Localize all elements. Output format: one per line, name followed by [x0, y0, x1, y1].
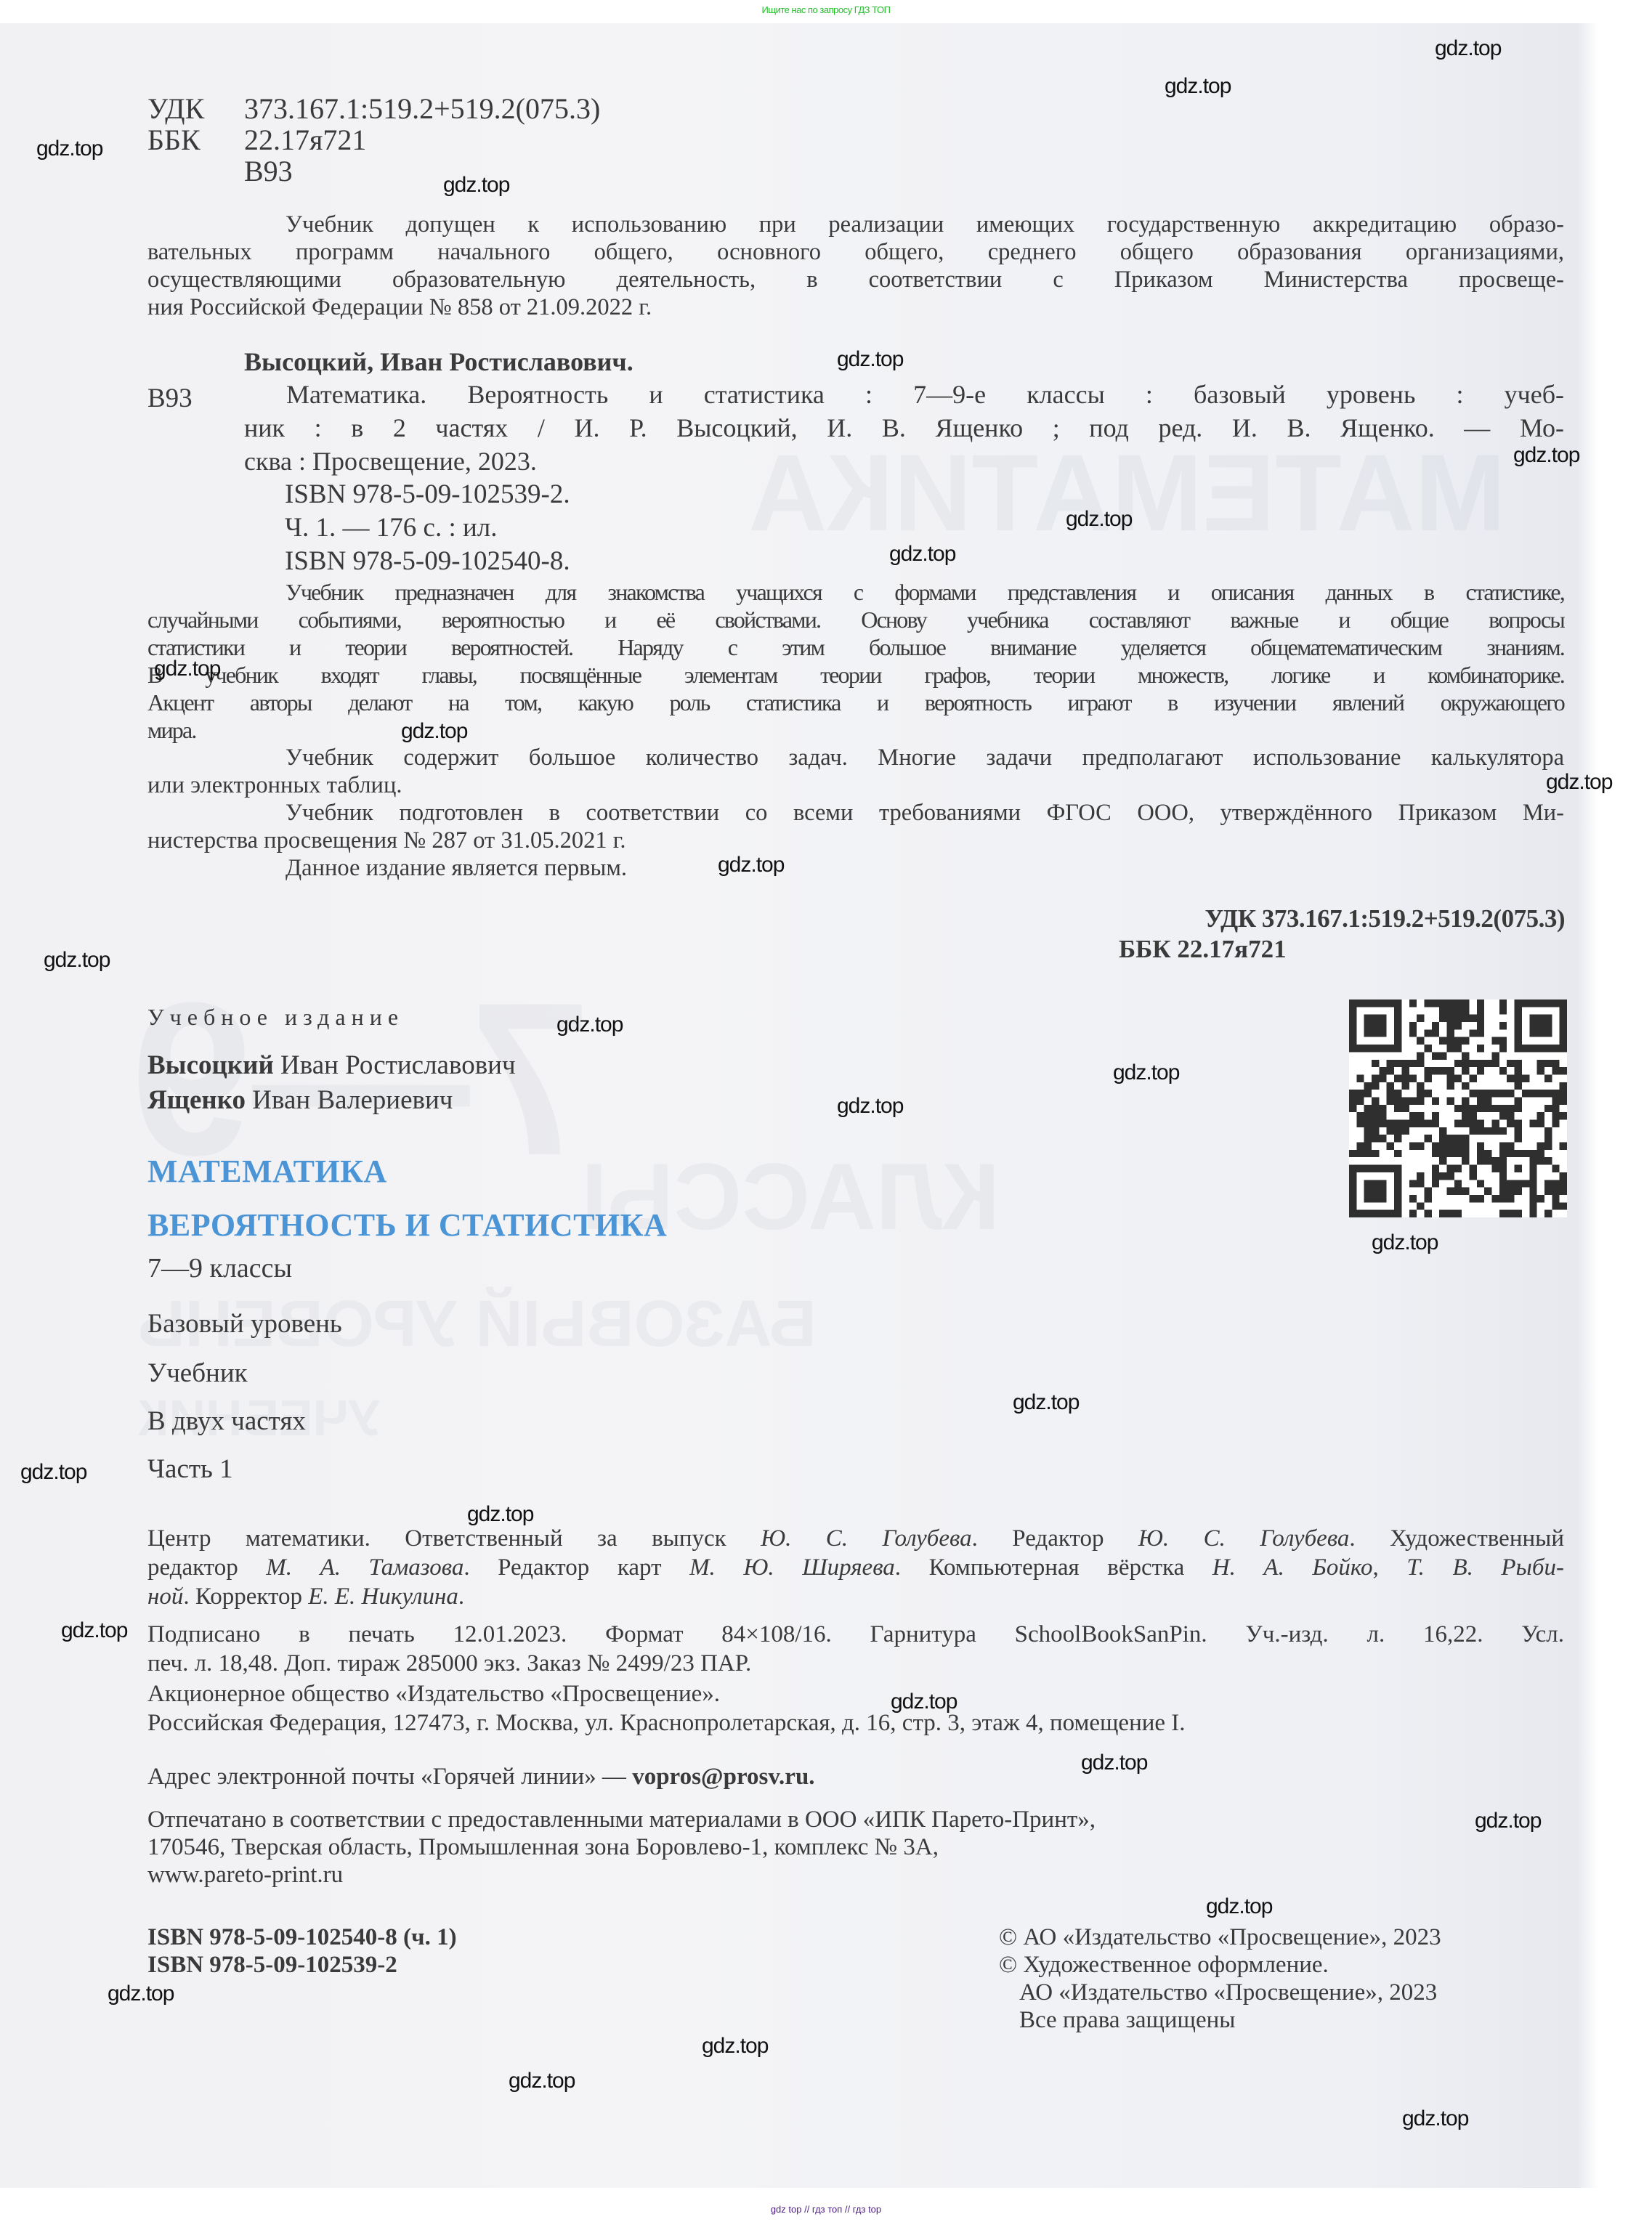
- qr-code-graphic: [1349, 1000, 1567, 1217]
- annotation-line: нистерства просвещения № 287 от 31.05.20…: [147, 827, 1564, 854]
- copyright-3: АО «Издательство «Просвещение», 2023: [1019, 1979, 1437, 2006]
- credit-person: Т. В. Рыби-: [1406, 1554, 1564, 1581]
- isbn-full: ISBN 978-5-09-102539-2: [147, 1951, 397, 1979]
- hotline-email[interactable]: vopros@prosv.ru.: [632, 1764, 814, 1790]
- annotation-line: статистики и теории вероятностей. Наряду…: [147, 633, 1564, 661]
- approval-line: ния Российской Федерации № 858 от 21.09.…: [147, 293, 1564, 321]
- watermark: gdz.top: [1206, 1894, 1272, 1919]
- watermark: gdz.top: [467, 1502, 533, 1527]
- hotline-text: Адрес электронной почты «Горячей линии» …: [147, 1764, 632, 1790]
- approval-line: осуществляющими образовательную деятельн…: [147, 266, 1564, 293]
- udk-value: 373.167.1:519.2+519.2(075.3): [244, 92, 600, 125]
- top-banner[interactable]: Ищите нас по запросу ГДЗ ТОП: [0, 0, 1652, 22]
- annotation-paragraph-3: Учебник подготовлен в соответствии со вс…: [147, 799, 1564, 854]
- annotation-line: В учебник входят главы, посвящённые элем…: [147, 661, 1564, 689]
- credit-text: . Художественный: [1349, 1525, 1564, 1552]
- title-line-2: ВЕРОЯТНОСТЬ И СТАТИСТИКА: [147, 1199, 667, 1252]
- title-line-1: МАТЕМАТИКА: [147, 1145, 387, 1199]
- record-heading: Высоцкий, Иван Ростиславович.: [244, 346, 633, 378]
- annotation-paragraph-4: Данное издание является первым.: [147, 854, 1564, 882]
- record-description-line: Математика. Вероятность и статистика : 7…: [244, 378, 1564, 411]
- bbk-value: 22.17я721: [244, 123, 366, 156]
- printer-website[interactable]: www.pareto-print.ru: [147, 1861, 1564, 1889]
- udk-label: УДК: [147, 93, 244, 124]
- watermark: gdz.top: [1513, 443, 1579, 468]
- annotation-line: Данное издание является первым.: [147, 854, 1564, 882]
- watermark: gdz.top: [1372, 1230, 1438, 1255]
- approval-line: Учебник допущен к использованию при реал…: [147, 211, 1564, 238]
- printer-address: 170546, Тверская область, Промышленная з…: [147, 1833, 1564, 1861]
- credit-text: ,: [1373, 1554, 1407, 1581]
- record-isbn-full: ISBN 978-5-09-102539-2.: [285, 478, 570, 511]
- watermark: gdz.top: [1013, 1390, 1079, 1415]
- kind: Учебник: [147, 1357, 248, 1390]
- credits: Центр математики. Ответственный за выпус…: [147, 1524, 1564, 1611]
- credit-text: . Корректор: [183, 1584, 308, 1610]
- print-info-line: Подписано в печать 12.01.2023. Формат 84…: [147, 1620, 1564, 1649]
- bbk-line: ББК22.17я721: [147, 124, 366, 155]
- watermark: gdz.top: [509, 2069, 575, 2093]
- bbk-right: ББК 22.17я721: [1119, 934, 1287, 965]
- credits-line: редактор М. А. Тамазова. Редактор карт М…: [147, 1553, 1564, 1582]
- isbn-part-1: ISBN 978-5-09-102540-8 (ч. 1): [147, 1923, 457, 1951]
- watermark: gdz.top: [1165, 74, 1231, 99]
- record-isbn-part: ISBN 978-5-09-102540-8.: [285, 545, 570, 578]
- watermark: gdz.top: [718, 853, 784, 877]
- level: Базовый уровень: [147, 1307, 342, 1341]
- author-2: Ященко Иван Валериевич: [147, 1084, 453, 1117]
- copyright-4: Все права защищены: [1019, 2006, 1235, 2034]
- publisher-address: Российская Федерация, 127473, г. Москва,…: [147, 1708, 1564, 1738]
- parts: В двух частях: [147, 1405, 306, 1438]
- watermark: gdz.top: [1402, 2107, 1468, 2131]
- printer: Отпечатано в соответствии с предоставлен…: [147, 1806, 1564, 1889]
- watermark: gdz.top: [1435, 36, 1501, 61]
- approval-note: Учебник допущен к использованию при реал…: [147, 211, 1564, 321]
- watermark: gdz.top: [61, 1618, 127, 1643]
- copyright-2: © Художественное оформление.: [999, 1951, 1329, 1979]
- publisher-name: Акционерное общество «Издательство «Прос…: [147, 1679, 1564, 1708]
- record-part-pages: Ч. 1. — 176 с. : ил.: [285, 511, 498, 545]
- watermark: gdz.top: [837, 347, 903, 372]
- watermark: gdz.top: [891, 1690, 957, 1714]
- watermark: gdz.top: [154, 657, 220, 681]
- credit-person: Ю. С. Голубева: [761, 1525, 972, 1552]
- print-info-line: печ. л. 18,48. Доп. тираж 285000 экз. За…: [147, 1649, 1564, 1678]
- watermark: gdz.top: [36, 137, 102, 161]
- credit-text: редактор: [147, 1554, 266, 1581]
- author-1: Высоцкий Иван Ростиславович: [147, 1049, 516, 1082]
- print-info: Подписано в печать 12.01.2023. Формат 84…: [147, 1620, 1564, 1678]
- record-description: Математика. Вероятность и статистика : 7…: [244, 378, 1564, 478]
- watermark: gdz.top: [702, 2034, 768, 2059]
- credit-person: Ю. С. Голубева: [1138, 1525, 1350, 1552]
- annotation-paragraph-1: Учебник предназначен для знакомства учащ…: [147, 578, 1564, 744]
- author-2-name: Иван Валериевич: [252, 1085, 453, 1115]
- watermark: gdz.top: [556, 1013, 623, 1037]
- author-2-surname: Ященко: [147, 1085, 246, 1115]
- watermark: gdz.top: [401, 719, 467, 744]
- credit-person: ной: [147, 1584, 183, 1610]
- credit-text: . Редактор: [972, 1525, 1138, 1552]
- watermark: gdz.top: [44, 948, 110, 973]
- watermark: gdz.top: [1113, 1061, 1179, 1085]
- annotation-line: Акцент авторы делают на том, какую роль …: [147, 689, 1564, 716]
- author-1-name: Иван Ростиславович: [280, 1050, 516, 1080]
- credit-person: М. Ю. Ширяева: [689, 1554, 895, 1581]
- watermark: gdz.top: [20, 1460, 86, 1485]
- credit-text: . Компьютерная вёрстка: [895, 1554, 1212, 1581]
- annotation-line: или электронных таблиц.: [147, 771, 1564, 799]
- bottom-banner[interactable]: gdz top // гдз топ // гдз top: [0, 2201, 1652, 2222]
- copyright-1: © АО «Издательство «Просвещение», 2023: [999, 1923, 1441, 1951]
- part: Часть 1: [147, 1453, 233, 1486]
- credit-person: М. А. Тамазова: [266, 1554, 463, 1581]
- hotline: Адрес электронной почты «Горячей линии» …: [147, 1762, 815, 1791]
- annotation-line: Учебник содержит большое количество зада…: [147, 744, 1564, 771]
- watermark: gdz.top: [1066, 507, 1132, 532]
- record-description-line: ник : в 2 частях / И. Р. Высоцкий, И. В.…: [244, 411, 1564, 445]
- credits-line: Центр математики. Ответственный за выпус…: [147, 1524, 1564, 1553]
- udk-line: УДК373.167.1:519.2+519.2(075.3): [147, 93, 600, 124]
- watermark: gdz.top: [889, 542, 955, 567]
- author-1-surname: Высоцкий: [147, 1050, 274, 1080]
- watermark: gdz.top: [443, 173, 509, 198]
- record-description-line: сква : Просвещение, 2023.: [244, 445, 1564, 478]
- udk-right: УДК 373.167.1:519.2+519.2(075.3): [1204, 904, 1565, 934]
- credit-text: . Редактор карт: [463, 1554, 689, 1581]
- grades: 7—9 классы: [147, 1249, 292, 1287]
- credit-person: Е. Е. Никулина: [308, 1584, 458, 1610]
- watermark: gdz.top: [1546, 770, 1612, 795]
- annotation-line: Учебник подготовлен в соответствии со вс…: [147, 799, 1564, 827]
- edition-type: Учебное издание: [147, 1002, 404, 1031]
- annotation-line: Учебник предназначен для знакомства учащ…: [147, 578, 1564, 606]
- approval-line: вательных программ начального общего, ос…: [147, 238, 1564, 266]
- annotation-line: мира.: [147, 716, 1564, 744]
- credits-line: ной. Корректор Е. Е. Никулина.: [147, 1582, 1564, 1611]
- watermark: gdz.top: [837, 1094, 903, 1119]
- bbk-label: ББК: [147, 124, 244, 155]
- credit-text: Центр математики. Ответственный за выпус…: [147, 1525, 761, 1552]
- publisher: Акционерное общество «Издательство «Прос…: [147, 1679, 1564, 1738]
- watermark: gdz.top: [1081, 1751, 1147, 1775]
- printer-line: Отпечатано в соответствии с предоставлен…: [147, 1806, 1564, 1833]
- watermark: gdz.top: [108, 1982, 174, 2006]
- author-mark: В93: [244, 155, 293, 187]
- credit-text: .: [458, 1584, 464, 1610]
- credit-person: Н. А. Бойко: [1212, 1554, 1373, 1581]
- qr-code: [1349, 1000, 1567, 1217]
- watermark: gdz.top: [1475, 1809, 1541, 1833]
- annotation: Учебник предназначен для знакомства учащ…: [147, 578, 1564, 882]
- annotation-paragraph-2: Учебник содержит большое количество зада…: [147, 744, 1564, 799]
- annotation-line: случайными событиями, вероятностью и её …: [147, 606, 1564, 633]
- record-mark: В93: [147, 382, 193, 415]
